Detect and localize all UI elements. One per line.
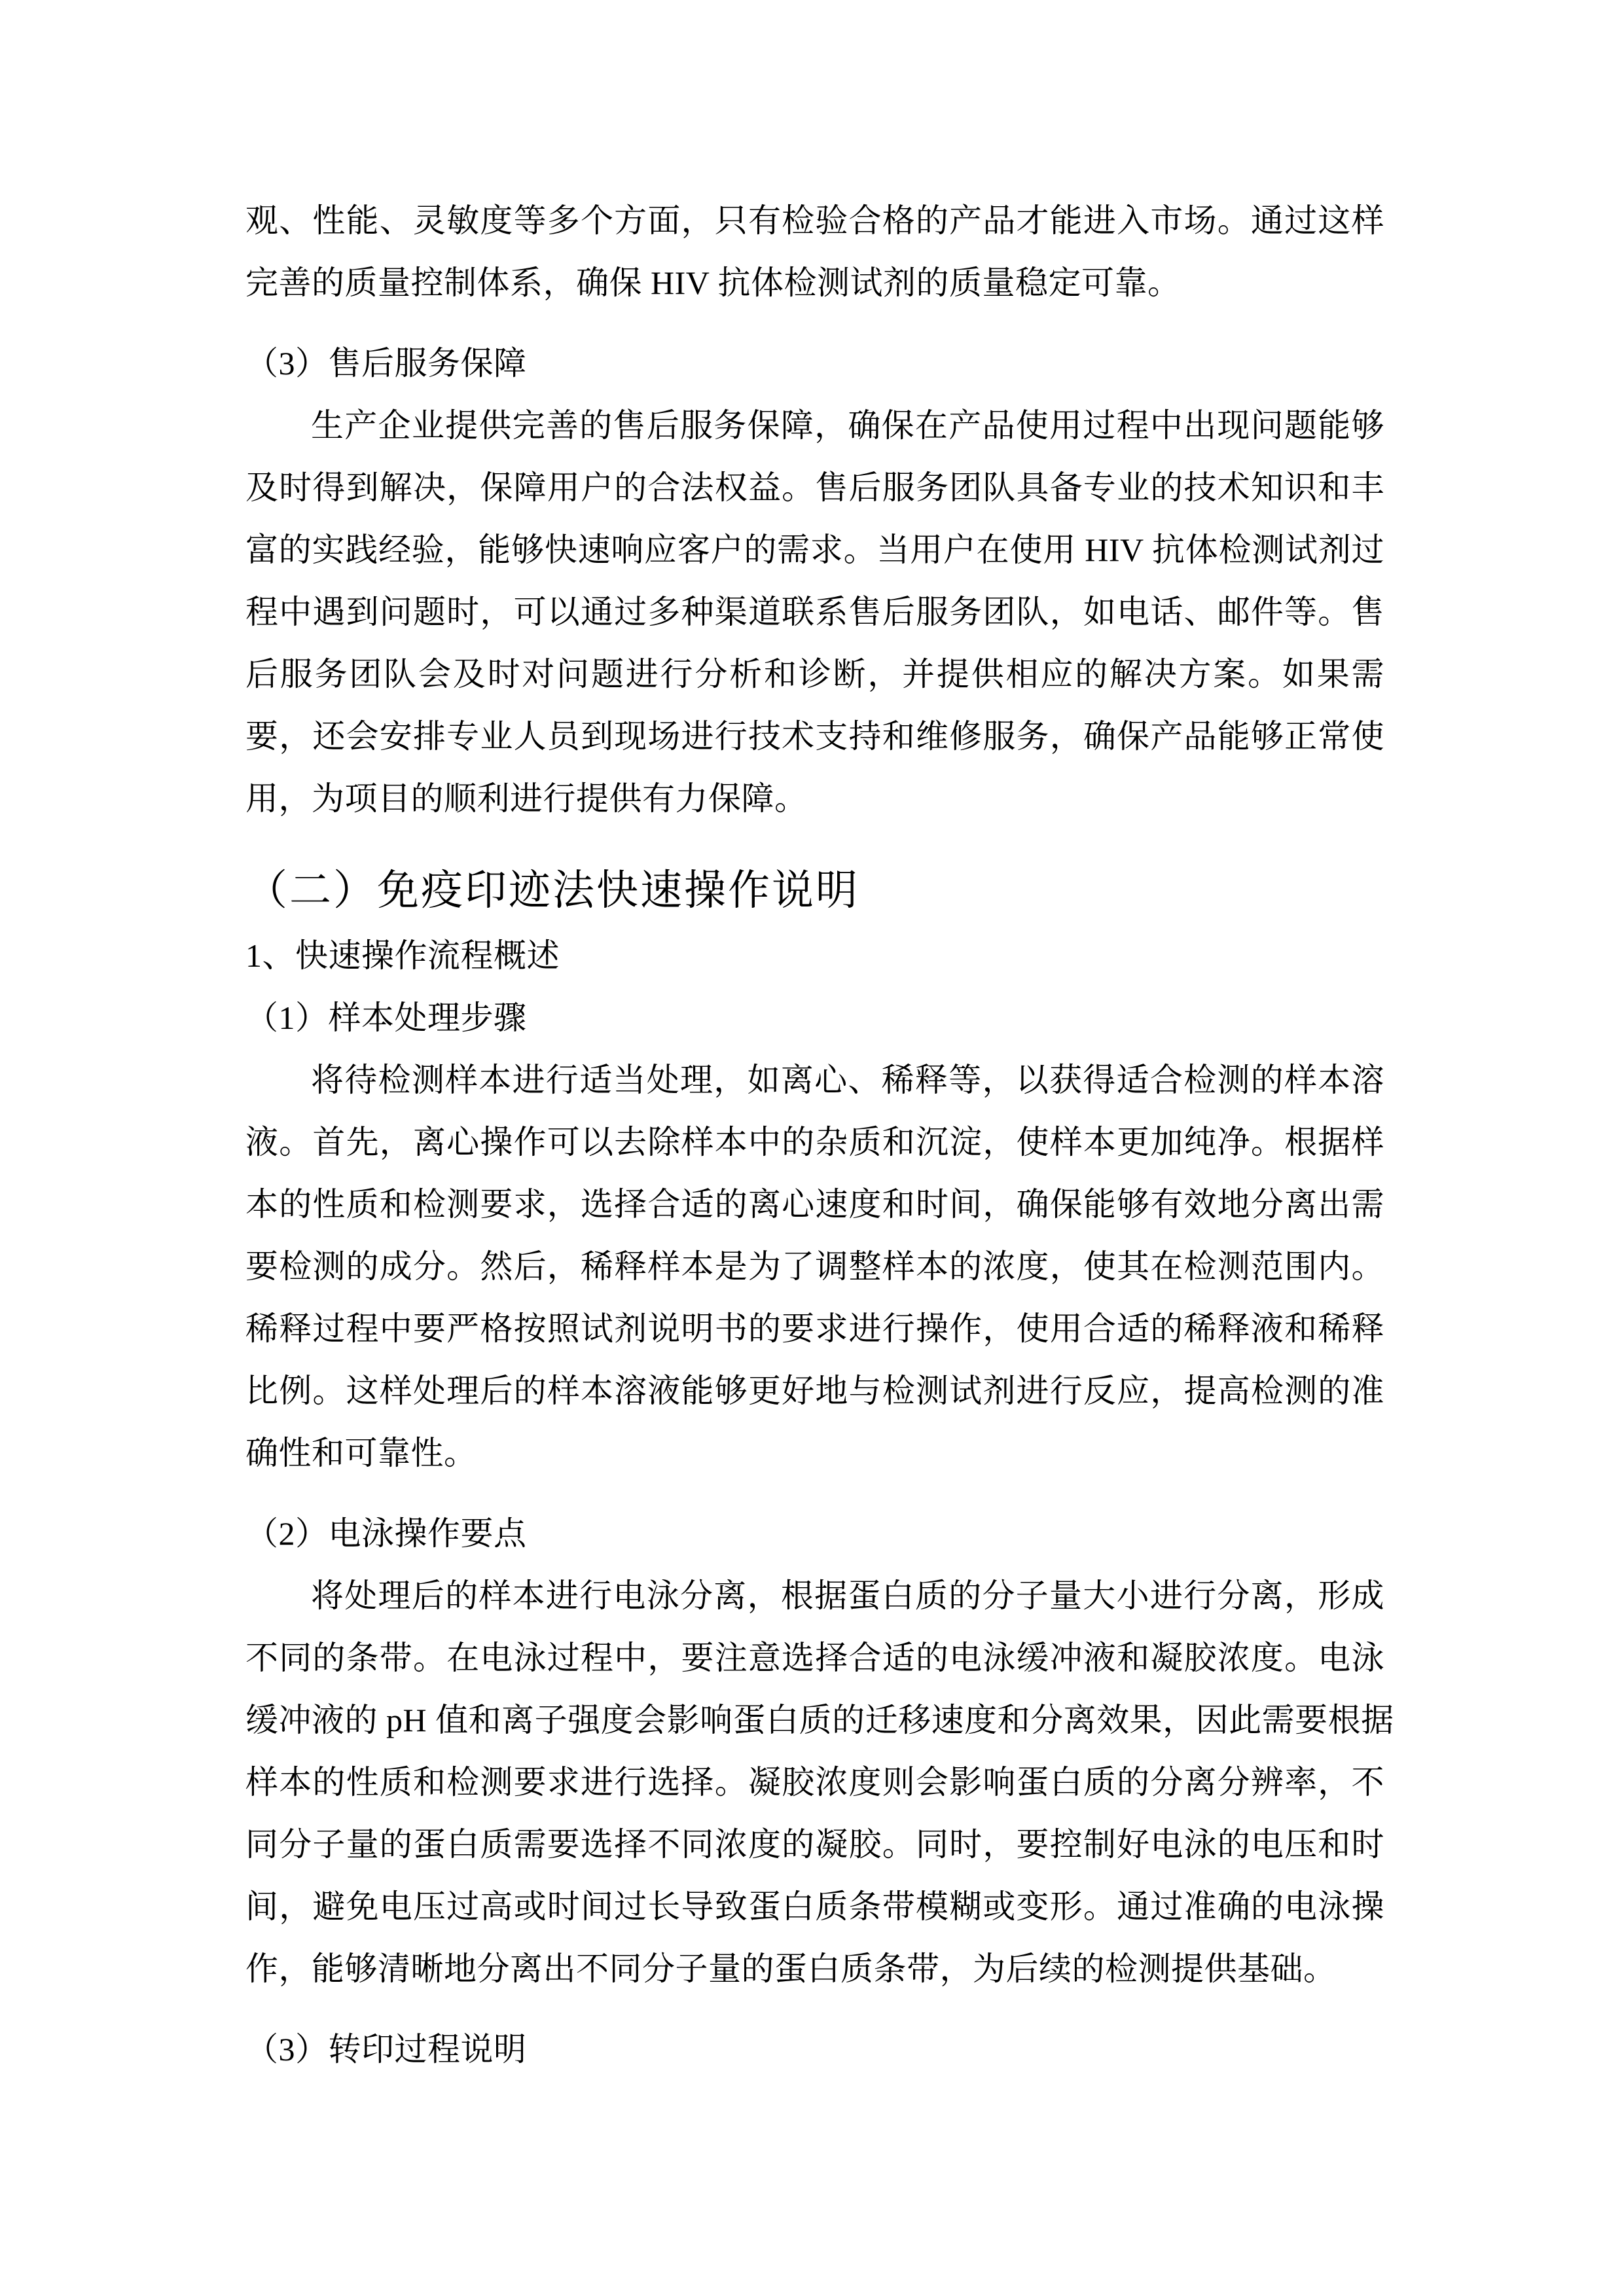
text-line: 富的实践经验，能够快速响应客户的需求。当用户在使用 HIV 抗体检测试剂过	[245, 519, 1384, 581]
text-line: 要检测的成分。然后，稀释样本是为了调整样本的浓度，使其在检测范围内。	[245, 1236, 1384, 1298]
text-line: 比例。这样处理后的样本溶液能够更好地与检测试剂进行反应，提高检测的准	[245, 1360, 1384, 1422]
numbered-heading: 1、快速操作流程概述	[245, 925, 1384, 987]
text-line: 生产企业提供完善的售后服务保障，确保在产品使用过程中出现问题能够	[245, 395, 1384, 457]
text-line: 用，为项目的顺利进行提供有力保障。	[245, 768, 1384, 830]
text-line: 稀释过程中要严格按照试剂说明书的要求进行操作，使用合适的稀释液和稀释	[245, 1298, 1384, 1360]
text-line: 同分子量的蛋白质需要选择不同浓度的凝胶。同时，要控制好电泳的电压和时	[245, 1814, 1384, 1876]
text-line: 及时得到解决，保障用户的合法权益。售后服务团队具备专业的技术知识和丰	[245, 457, 1384, 519]
text-line: 完善的质量控制体系，确保 HIV 抗体检测试剂的质量稳定可靠。	[245, 252, 1384, 314]
text-line: 程中遇到问题时，可以通过多种渠道联系售后服务团队，如电话、邮件等。售	[245, 581, 1384, 643]
text-line: 观、性能、灵敏度等多个方面，只有检验合格的产品才能进入市场。通过这样	[245, 190, 1384, 252]
text-line: 将处理后的样本进行电泳分离，根据蛋白质的分子量大小进行分离，形成	[245, 1565, 1384, 1627]
text-line: 确性和可靠性。	[245, 1422, 1384, 1484]
text-line: 作，能够清晰地分离出不同分子量的蛋白质条带，为后续的检测提供基础。	[245, 1938, 1384, 2000]
subsection-heading: （3）售后服务保障	[245, 332, 1384, 395]
subsection-heading: （3）转印过程说明	[245, 2018, 1384, 2081]
text-line: 后服务团队会及时对问题进行分析和诊断，并提供相应的解决方案。如果需	[245, 643, 1384, 706]
text-line: 间，避免电压过高或时间过长导致蛋白质条带模糊或变形。通过准确的电泳操	[245, 1876, 1384, 1938]
text-line: 液。首先，离心操作可以去除样本中的杂质和沉淀，使样本更加纯净。根据样	[245, 1111, 1384, 1174]
text-line: 不同的条带。在电泳过程中，要注意选择合适的电泳缓冲液和凝胶浓度。电泳	[245, 1627, 1384, 1689]
subsection-heading: （2）电泳操作要点	[245, 1503, 1384, 1565]
text-line: 要，还会安排专业人员到现场进行技术支持和维修服务，确保产品能够正常使	[245, 706, 1384, 768]
document-page: 观、性能、灵敏度等多个方面，只有检验合格的产品才能进入市场。通过这样完善的质量控…	[0, 0, 1624, 2296]
text-line: 将待检测样本进行适当处理，如离心、稀释等，以获得适合检测的样本溶	[245, 1049, 1384, 1111]
subsection-heading: （1）样本处理步骤	[245, 987, 1384, 1049]
section-heading: （二）免疫印迹法快速操作说明	[245, 856, 1384, 925]
text-line: 缓冲液的 pH 值和离子强度会影响蛋白质的迁移速度和分离效果，因此需要根据	[245, 1689, 1384, 1751]
text-line: 本的性质和检测要求，选择合适的离心速度和时间，确保能够有效地分离出需	[245, 1174, 1384, 1236]
text-line: 样本的性质和检测要求进行选择。凝胶浓度则会影响蛋白质的分离分辨率，不	[245, 1751, 1384, 1814]
